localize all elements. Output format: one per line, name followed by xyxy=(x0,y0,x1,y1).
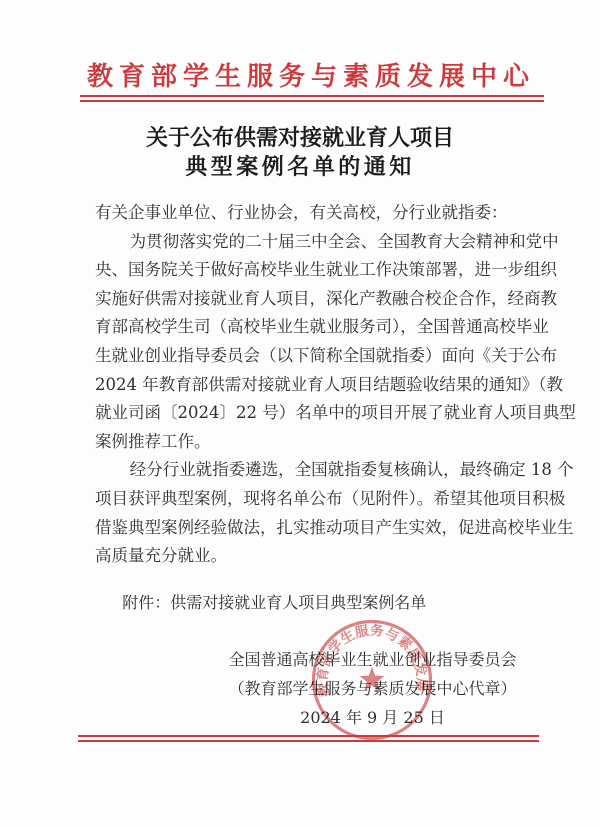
notice-title: 关于公布供需对接就业育人项目 典型案例名单的通知 xyxy=(0,124,600,182)
body-line: 央、国务院关于做好高校毕业生就业工作决策部署，进一步组织 xyxy=(95,256,545,285)
body-line: 案例推荐工作。 xyxy=(95,428,545,457)
body-line: 高质量充分就业。 xyxy=(95,542,545,571)
notice-title-line2: 典型案例名单的通知 xyxy=(0,153,600,182)
body-line: 就业司函〔2024〕22 号）名单中的项目开展了就业育人项目典型 xyxy=(95,399,545,428)
body-line: 实施好供需对接就业育人项目，深化产教融合校企合作，经商教 xyxy=(95,285,545,314)
official-seal-icon: 教育部学生服务与素质发展中心 xyxy=(308,616,436,744)
body-line: 项目获评典型案例，现将名单公布（见附件）。希望其他项目积极 xyxy=(95,485,545,514)
salutation: 有关企事业单位、行业协会，有关高校，分行业就指委： xyxy=(95,199,545,228)
letterhead-title: 教育部学生服务与素质发展中心 xyxy=(78,56,544,93)
header-rule xyxy=(80,95,544,102)
attachment-line: 附件：供需对接就业育人项目典型案例名单 xyxy=(95,591,545,615)
seal-star-icon xyxy=(360,667,385,691)
body-line: 经分行业就指委遴选，全国就指委复核确认，最终确定 18 个 xyxy=(95,456,545,485)
body-line: 2024 年教育部供需对接就业育人项目结题验收结果的通知》（教 xyxy=(95,371,545,400)
body-line: 生就业创业指导委员会（以下简称全国就指委）面向《关于公布 xyxy=(95,342,545,371)
body-line: 育部高校学生司（高校毕业生就业服务司），全国普通高校毕业 xyxy=(95,313,545,342)
notice-title-line1: 关于公布供需对接就业育人项目 xyxy=(0,124,600,153)
notice-page: 教育部学生服务与素质发展中心 关于公布供需对接就业育人项目 典型案例名单的通知 … xyxy=(0,0,600,827)
body-line: 借鉴典型案例经验做法，扎实推动项目产生实效，促进高校毕业生 xyxy=(95,514,545,543)
footer-rule xyxy=(78,735,539,742)
notice-body: 有关企事业单位、行业协会，有关高校，分行业就指委： 为贯彻落实党的二十届三中全会… xyxy=(95,199,545,571)
body-line: 为贯彻落实党的二十届三中全会、全国教育大会精神和党中 xyxy=(95,228,545,257)
